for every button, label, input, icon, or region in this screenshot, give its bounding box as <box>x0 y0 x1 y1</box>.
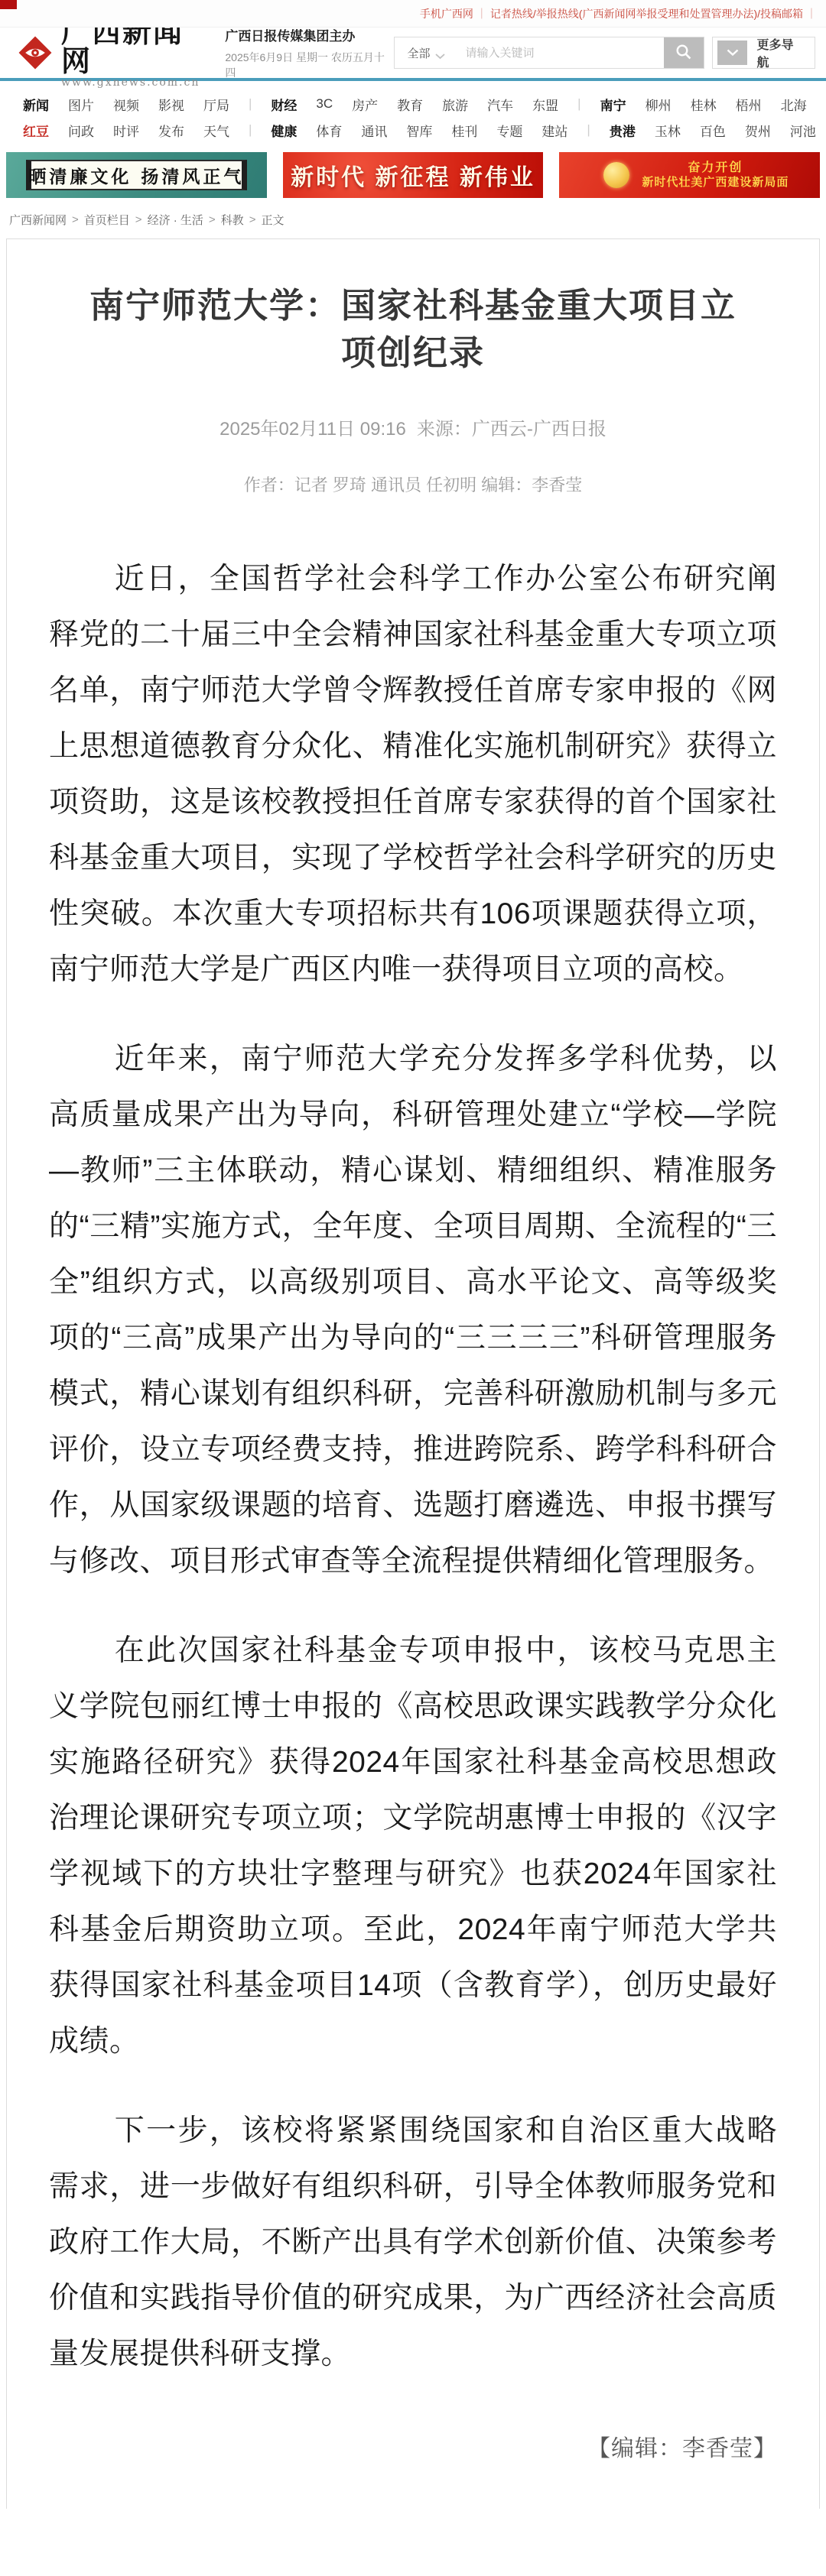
site-header: 广西新闻网 www.gxnews.com.cn 广西日报传媒集团主办 2025年… <box>0 28 826 78</box>
nav-item[interactable]: 影视 <box>158 95 184 114</box>
more-nav-label: 更多导航 <box>756 35 805 70</box>
article-byline: 作者：记者 罗琦 通讯员 任初明 编辑：李香莹 <box>49 472 777 496</box>
article-paragraph: 近年来，南宁师范大学充分发挥多学科优势，以高质量成果产出为导向，科研管理处建立“… <box>49 1031 777 1589</box>
nav-item[interactable]: 智库 <box>406 121 432 140</box>
nav-item[interactable]: 专题 <box>496 121 522 140</box>
nav-item[interactable]: 教育 <box>397 95 423 114</box>
article-meta: 2025年02月11日 09:16来源：广西云-广西日报 <box>49 414 777 440</box>
editor-note: 【编辑：李香莹】 <box>49 2429 777 2463</box>
logo-diamond-eye-icon <box>14 31 57 74</box>
nav-row-1: 新闻 图片 视频 影视 厅局 | 财经 3C 房产 教育 旅游 汽车 东盟 | … <box>23 91 826 117</box>
nav-item[interactable]: 通讯 <box>361 121 387 140</box>
nav-item[interactable]: 财经 <box>271 95 297 114</box>
nav-item[interactable]: 旅游 <box>442 95 468 114</box>
nav-item[interactable]: 梧州 <box>736 95 762 114</box>
nav-separator: | <box>249 96 252 112</box>
gold-coin-icon <box>603 162 629 188</box>
topbar-links: 手机广西网 ｜ 记者热线/举报热线(广西新闻网举报受理和处置管理办法)/投稿邮箱… <box>420 6 817 21</box>
nav-row-2: 红豆 问政 时评 发布 天气 | 健康 体育 通讯 智库 桂刊 专题 建站 | … <box>23 117 826 143</box>
date-text: 2025年6月9日 星期一 农历五月十四 <box>225 50 394 80</box>
nav-item[interactable]: 建站 <box>541 121 567 140</box>
nav-separator: | <box>587 122 590 138</box>
nav-item[interactable]: 天气 <box>203 121 229 140</box>
hotline-link[interactable]: 记者热线/举报热线(广西新闻网举报受理和处置管理办法)/投稿邮箱 <box>490 6 803 21</box>
topbar-flag-decoration <box>0 0 17 9</box>
nav-separator: | <box>249 122 252 138</box>
nav-item[interactable]: 百色 <box>700 121 726 140</box>
article-paragraph: 近日，全国哲学社会科学工作办公室公布研究阐释党的二十届三中全会精神国家社科基金重… <box>49 551 777 998</box>
site-logo[interactable]: 广西新闻网 www.gxnews.com.cn <box>14 18 213 88</box>
site-url: www.gxnews.com.cn <box>61 77 213 88</box>
nav-item[interactable]: 图片 <box>68 95 94 114</box>
nav-item[interactable]: 房产 <box>352 95 378 114</box>
banner-clean-culture[interactable]: 晒清廉文化 扬清风正气 <box>6 152 267 198</box>
breadcrumb-separator: > <box>135 213 142 226</box>
breadcrumb-item-current: 正文 <box>261 212 284 228</box>
meta-time: 2025年02月11日 09:16 <box>220 419 406 440</box>
nav-item[interactable]: 时评 <box>113 121 139 140</box>
main-nav: 新闻 图片 视频 影视 厅局 | 财经 3C 房产 教育 旅游 汽车 东盟 | … <box>0 81 826 151</box>
chevron-down-icon <box>435 50 445 56</box>
nav-item[interactable]: 东盟 <box>532 95 558 114</box>
topbar-separator: ｜ <box>806 6 817 21</box>
topbar-separator: ｜ <box>476 6 487 21</box>
more-nav-button[interactable]: 更多导航 <box>712 37 815 69</box>
breadcrumb-separator: > <box>249 213 256 226</box>
search-bar: 全部 <box>394 37 704 69</box>
search-category-value: 全部 <box>407 45 430 61</box>
article-card: 南宁师范大学：国家社科基金重大项目立项创纪录 2025年02月11日 09:16… <box>6 238 820 2509</box>
nav-item[interactable]: 体育 <box>316 121 342 140</box>
topbar: 手机广西网 ｜ 记者热线/举报热线(广西新闻网举报受理和处置管理办法)/投稿邮箱… <box>0 0 826 28</box>
breadcrumb-item[interactable]: 经济 · 生活 <box>148 212 203 228</box>
search-input[interactable] <box>457 37 663 68</box>
page-title: 南宁师范大学：国家社科基金重大项目立项创纪录 <box>76 282 750 377</box>
nav-item[interactable]: 新闻 <box>23 95 49 114</box>
nav-item[interactable]: 贺州 <box>745 121 771 140</box>
nav-item[interactable]: 问政 <box>68 121 94 140</box>
nav-item[interactable]: 桂林 <box>691 95 717 114</box>
banner-scroll-decoration: 晒清廉文化 扬清风正气 <box>26 160 247 190</box>
search-button[interactable] <box>664 37 704 68</box>
breadcrumb-item[interactable]: 广西新闻网 <box>9 212 67 228</box>
header-organizer-block: 广西日报传媒集团主办 2025年6月9日 星期一 农历五月十四 <box>225 25 394 80</box>
nav-item[interactable]: 柳州 <box>646 95 672 114</box>
nav-item[interactable]: 贵港 <box>610 121 636 140</box>
nav-item[interactable]: 红豆 <box>23 121 49 140</box>
meta-source: 来源：广西云-广西日报 <box>417 419 606 440</box>
banner-text: 奋力开创 新时代壮美广西建设新局面 <box>642 161 789 190</box>
breadcrumb-item[interactable]: 科教 <box>221 212 244 228</box>
search-category-select[interactable]: 全部 <box>395 37 457 68</box>
search-icon <box>675 44 692 63</box>
article-paragraph: 下一步，该校将紧紧围绕国家和自治区重大战略需求，进一步做好有组织科研，引导全体教… <box>49 2103 777 2382</box>
nav-item[interactable]: 玉林 <box>655 121 681 140</box>
organizer-text: 广西日报传媒集团主办 <box>225 25 394 44</box>
article-body: 近日，全国哲学社会科学工作办公室公布研究阐释党的二十届三中全会精神国家社科基金重… <box>49 551 777 2382</box>
mobile-site-link[interactable]: 手机广西网 <box>420 6 473 21</box>
breadcrumb: 广西新闻网 > 首页栏目 > 经济 · 生活 > 科教 > 正文 <box>0 198 826 238</box>
nav-item[interactable]: 河池 <box>790 121 816 140</box>
logo-text: 广西新闻网 www.gxnews.com.cn <box>61 18 213 88</box>
chevron-down-icon <box>717 41 748 65</box>
banner-row: 晒清廉文化 扬清风正气 新时代 新征程 新伟业 奋力开创 新时代壮美广西建设新局… <box>0 151 826 198</box>
banner-text: 晒清廉文化 扬清风正气 <box>28 163 244 188</box>
nav-item[interactable]: 汽车 <box>487 95 513 114</box>
nav-separator: | <box>577 96 580 112</box>
banner-text-line1: 奋力开创 <box>688 161 743 176</box>
nav-item[interactable]: 发布 <box>158 121 184 140</box>
banner-guangxi-development[interactable]: 奋力开创 新时代壮美广西建设新局面 <box>559 152 820 198</box>
banner-new-era[interactable]: 新时代 新征程 新伟业 <box>283 152 544 198</box>
search-area: 全部 更多导航 <box>394 37 815 69</box>
nav-item[interactable]: 3C <box>316 96 333 112</box>
breadcrumb-separator: > <box>209 213 216 226</box>
breadcrumb-item[interactable]: 首页栏目 <box>84 212 130 228</box>
nav-item[interactable]: 健康 <box>271 121 297 140</box>
banner-text: 新时代 新征程 新伟业 <box>291 158 535 192</box>
article-paragraph: 在此次国家社科基金专项申报中，该校马克思主义学院包丽红博士申报的《高校思政课实践… <box>49 1623 777 2069</box>
breadcrumb-separator: > <box>72 213 79 226</box>
nav-item[interactable]: 北海 <box>781 95 807 114</box>
nav-item[interactable]: 视频 <box>113 95 139 114</box>
nav-item[interactable]: 桂刊 <box>451 121 477 140</box>
banner-text-line2: 新时代壮美广西建设新局面 <box>642 176 789 190</box>
nav-item[interactable]: 厅局 <box>203 95 229 114</box>
nav-item[interactable]: 南宁 <box>600 95 626 114</box>
